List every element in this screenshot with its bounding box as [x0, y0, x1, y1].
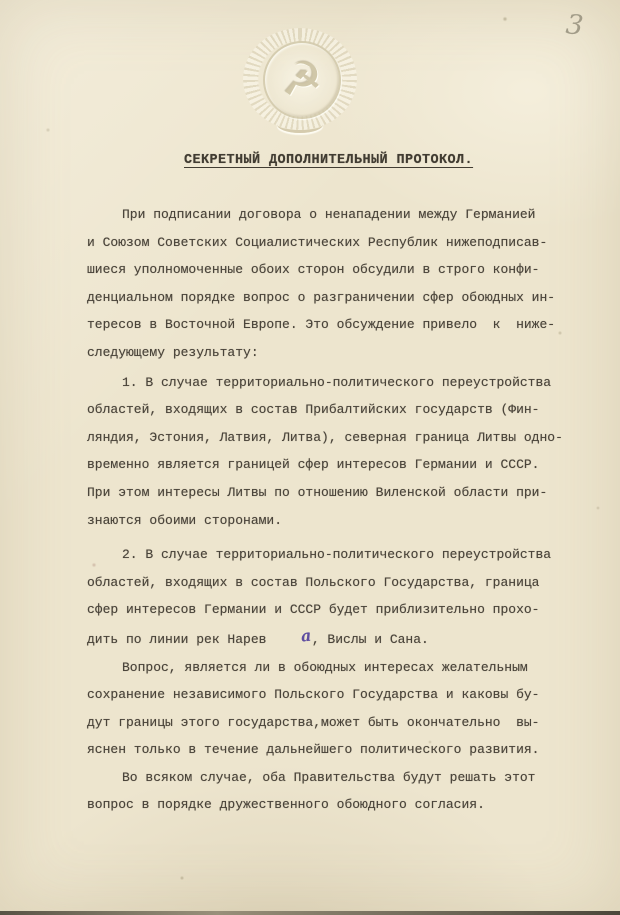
- document-body: При подписании договора о ненападении ме…: [87, 201, 579, 819]
- ink-correction: а: [265, 622, 313, 654]
- document-title: СЕКРЕТНЫЙ ДОПОЛНИТЕЛЬНЫЙ ПРОТОКОЛ.: [184, 153, 473, 168]
- seal-inner-circle: ☭: [263, 41, 341, 119]
- paragraph-item-2: 2. В случае территориально-политического…: [87, 541, 579, 653]
- item-2-typed-text-end: , Вислы и Сана.: [312, 632, 429, 647]
- seal-ribbon: [277, 116, 323, 133]
- embossed-seal: ☭: [243, 28, 357, 130]
- paragraph-poland-question: Вопрос, является ли в обоюдных интересах…: [87, 654, 579, 764]
- paragraph-item-1: 1. В случае территориально-политического…: [87, 369, 579, 535]
- paragraph-closing: Во всяком случае, оба Правительства буду…: [87, 764, 579, 819]
- hammer-sickle-icon: ☭: [281, 52, 322, 106]
- handwritten-page-number: 3: [564, 9, 584, 42]
- document-page: 3 ☭ СЕКРЕТНЫЙ ДОПОЛНИТЕЛЬНЫЙ ПРОТОКОЛ. П…: [0, 0, 620, 915]
- paragraph-intro: При подписании договора о ненападении ме…: [87, 201, 579, 367]
